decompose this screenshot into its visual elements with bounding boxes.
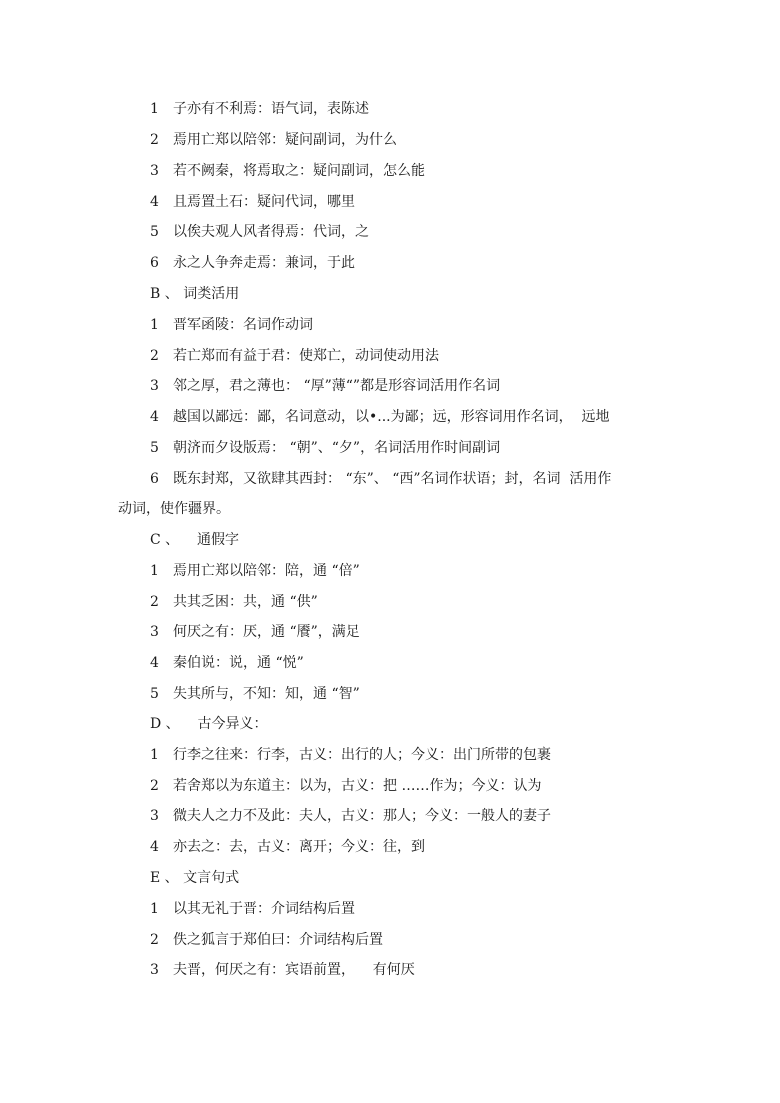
section-heading: E 、 文言句式 (150, 868, 239, 888)
list-item: 1子亦有不利焉：语气词，表陈述 (150, 99, 369, 119)
section-letter: E 、 (150, 868, 179, 888)
list-item: 2若舍郑以为东道主：以为，古义：把 ……作为；今义：认为 (150, 776, 541, 796)
list-item: 1以其无礼于晋：介词结构后置 (150, 899, 355, 919)
item-text: 以其无礼于晋：介词结构后置 (173, 901, 355, 917)
item-number: 3 (150, 960, 173, 980)
item-text: 朝济而夕设版焉： “朝”、“夕”，名词活用作时间副词 (173, 440, 500, 456)
item-text: 共其乏困：共，通 “供” (173, 594, 318, 610)
section-letter: C 、 (150, 530, 179, 550)
item-text: 邻之厚，君之薄也： “厚”薄“”都是形容词活用作名词 (173, 378, 500, 394)
list-item: 5以俟夫观人风者得焉：代词，之 (150, 222, 369, 242)
item-number: 3 (150, 161, 173, 181)
section-heading: C 、 通假字 (150, 530, 239, 550)
list-item: 4越国以鄙远：鄙，名词意动，以•...为鄙；远，形容词用作名词， 远地 (150, 407, 610, 427)
item-number: 3 (150, 376, 173, 396)
item-number: 1 (150, 99, 173, 119)
item-text: 越国以鄙远：鄙，名词意动，以•...为鄙；远，形容词用作名词， 远地 (173, 409, 610, 425)
item-text: 佚之狐言于郑伯曰：介词结构后置 (173, 932, 383, 948)
item-number: 4 (150, 837, 173, 857)
item-number: 3 (150, 622, 173, 642)
item-number: 2 (150, 930, 173, 950)
list-item: 2共其乏困：共，通 “供” (150, 592, 318, 612)
list-item: 2焉用亡郑以陪邻：疑问副词，为什么 (150, 130, 397, 150)
section-heading: D 、 古今异义： (150, 714, 268, 734)
item-text: 若亡郑而有益于君：使郑亡，动词使动用法 (173, 348, 439, 364)
list-item: 1焉用亡郑以陪邻：陪，通 “倍” (150, 561, 360, 581)
item-number: 2 (150, 130, 173, 150)
item-text: 焉用亡郑以陪邻：陪，通 “倍” (173, 563, 360, 579)
item-text: 失其所与，不知：知，通 “智” (173, 686, 360, 702)
section-title: 文言句式 (179, 870, 239, 886)
item-text: 行李之往来：行李，古义：出行的人；今义：出门所带的包裹 (173, 747, 551, 763)
list-item: 3何厌之有：厌，通 “餍”，满足 (150, 622, 360, 642)
list-item: 1行李之往来：行李，古义：出行的人；今义：出门所带的包裹 (150, 745, 551, 765)
list-item: 2若亡郑而有益于君：使郑亡，动词使动用法 (150, 346, 439, 366)
list-item: 4亦去之：去，古义：离开；今义：往，到 (150, 837, 425, 857)
section-title: 通假字 (179, 532, 239, 548)
item-number: 1 (150, 745, 173, 765)
item-text: 既东封郑，又欲肆其西封： “东”、 “西”名词作状语；封，名词 活用作 (173, 471, 611, 487)
section-letter: D 、 (150, 714, 180, 734)
list-item: 2佚之狐言于郑伯曰：介词结构后置 (150, 930, 383, 950)
item-number: 4 (150, 653, 173, 673)
item-number: 1 (150, 899, 173, 919)
item-text: 动词，使作疆界。 (118, 501, 230, 517)
item-number: 5 (150, 684, 173, 704)
document-page: 1子亦有不利焉：语气词，表陈述 2焉用亡郑以陪邻：疑问副词，为什么 3若不阙秦，… (0, 0, 780, 1103)
item-text: 永之人争奔走焉：兼词，于此 (173, 255, 355, 271)
item-number: 1 (150, 561, 173, 581)
item-text: 焉用亡郑以陪邻：疑问副词，为什么 (173, 132, 397, 148)
item-number: 6 (150, 469, 173, 489)
section-title: 词类活用 (179, 286, 239, 302)
item-text: 子亦有不利焉：语气词，表陈述 (173, 101, 369, 117)
list-item: 4且焉置土石：疑问代词，哪里 (150, 192, 355, 212)
list-item: 3夫晋，何厌之有：宾语前置， 有何厌 (150, 960, 415, 980)
item-number: 2 (150, 776, 173, 796)
section-letter: B 、 (150, 284, 179, 304)
list-item: 4秦伯说：说，通 “悦” (150, 653, 304, 673)
item-number: 5 (150, 222, 173, 242)
list-item: 3邻之厚，君之薄也： “厚”薄“”都是形容词活用作名词 (150, 376, 500, 396)
item-text: 以俟夫观人风者得焉：代词，之 (173, 224, 369, 240)
item-text: 若舍郑以为东道主：以为，古义：把 ……作为；今义：认为 (173, 778, 541, 794)
item-number: 2 (150, 346, 173, 366)
section-title: 古今异义： (180, 716, 268, 732)
item-number: 4 (150, 192, 173, 212)
list-item-continuation: 动词，使作疆界。 (118, 499, 230, 519)
item-text: 夫晋，何厌之有：宾语前置， 有何厌 (173, 962, 415, 978)
item-text: 晋军函陵：名词作动词 (173, 317, 313, 333)
item-text: 微夫人之力不及此：夫人，古义：那人；今义：一般人的妻子 (173, 808, 551, 824)
section-heading: B 、 词类活用 (150, 284, 239, 304)
item-number: 6 (150, 253, 173, 273)
list-item: 6既东封郑，又欲肆其西封： “东”、 “西”名词作状语；封，名词 活用作 (150, 469, 611, 489)
item-number: 3 (150, 806, 173, 826)
list-item: 3微夫人之力不及此：夫人，古义：那人；今义：一般人的妻子 (150, 806, 551, 826)
item-text: 亦去之：去，古义：离开；今义：往，到 (173, 839, 425, 855)
item-number: 5 (150, 438, 173, 458)
list-item: 3若不阙秦，将焉取之：疑问副词，怎么能 (150, 161, 425, 181)
item-text: 何厌之有：厌，通 “餍”，满足 (173, 624, 360, 640)
list-item: 6永之人争奔走焉：兼词，于此 (150, 253, 355, 273)
list-item: 5朝济而夕设版焉： “朝”、“夕”，名词活用作时间副词 (150, 438, 500, 458)
item-number: 2 (150, 592, 173, 612)
item-number: 1 (150, 315, 173, 335)
item-number: 4 (150, 407, 173, 427)
item-text: 若不阙秦，将焉取之：疑问副词，怎么能 (173, 163, 425, 179)
item-text: 且焉置土石：疑问代词，哪里 (173, 194, 355, 210)
item-text: 秦伯说：说，通 “悦” (173, 655, 304, 671)
list-item: 1晋军函陵：名词作动词 (150, 315, 313, 335)
list-item: 5失其所与，不知：知，通 “智” (150, 684, 360, 704)
